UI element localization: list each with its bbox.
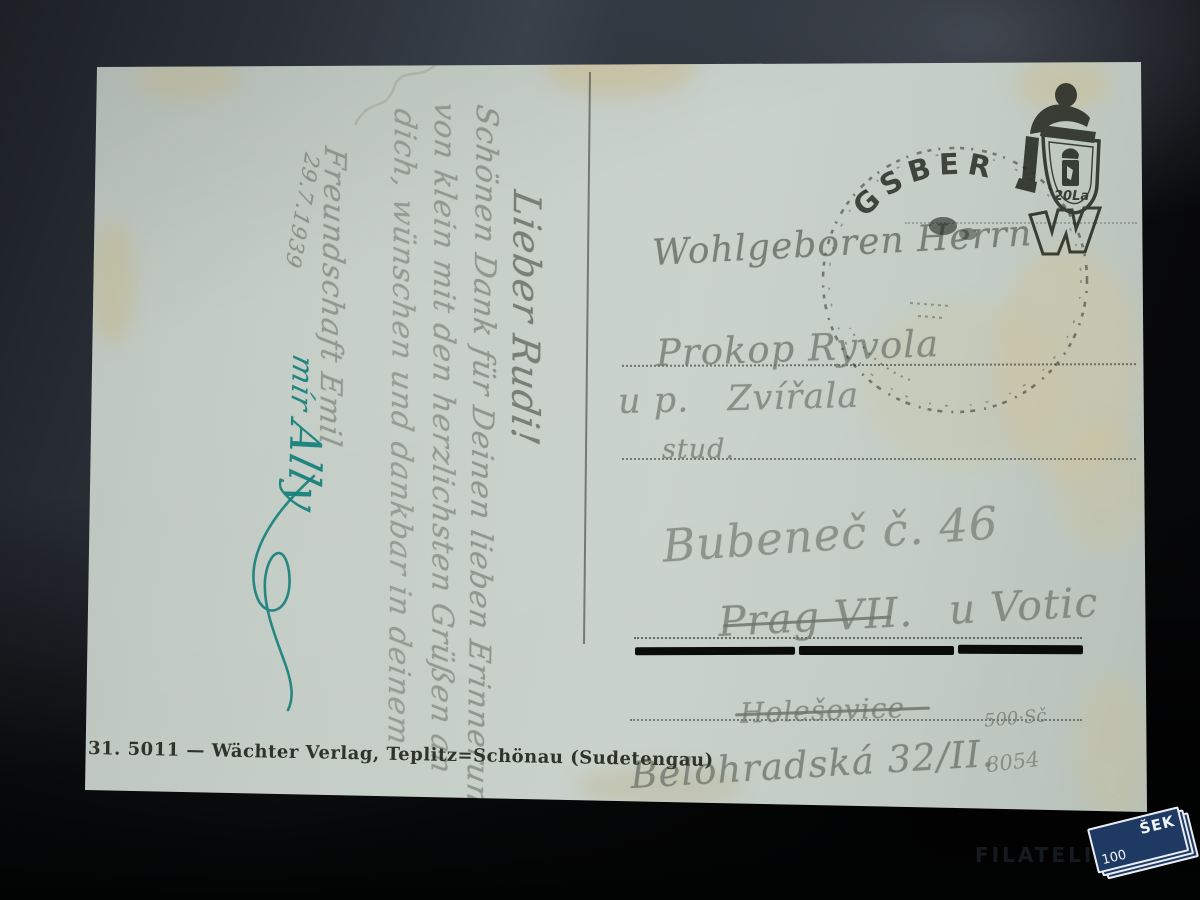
photo-of-postcard-back: Lieber Rudi! Schönen Dank für Deinen lie… [0, 0, 1200, 900]
message-line: von klein mit den herzlichsten Grüßen an [426, 100, 459, 777]
emblem-shield-text: 20La [1054, 189, 1089, 204]
logo-value-text: 100 [1100, 848, 1128, 869]
city-new: u Votic [948, 578, 1100, 634]
signature-small: mír [283, 351, 320, 415]
sek-watermark-logo: ŠEK 100 [1087, 805, 1199, 889]
pencil-smudge [345, 55, 445, 145]
message-line: Schönen Dank für Deinen lieben Erinnerun… [461, 102, 501, 827]
postmark-letters: GSBER [846, 147, 1001, 224]
logo-brand-text: ŠEK [1138, 812, 1177, 838]
message-line: dich, wünschen und dankbar in deinem [382, 106, 419, 747]
publisher-emblem: 20La [1012, 82, 1116, 262]
stain [90, 220, 135, 345]
dealer-price-note: 500·Sč [983, 705, 1047, 731]
message-salutation: Lieber Rudi! [506, 188, 546, 449]
postcard: Lieber Rudi! Schönen Dank für Deinen lie… [0, 0, 1200, 900]
stain [545, 38, 695, 96]
stain [135, 58, 240, 100]
message-address-divider-line [583, 72, 591, 644]
care-of-prefix: u p. [618, 380, 690, 422]
svg-text:GSBER: GSBER [846, 147, 1001, 224]
address-city-line: Prag VII. u Votic [717, 582, 1099, 643]
black-marker-bar [958, 645, 1083, 654]
stain [1075, 675, 1150, 820]
black-marker-bar [635, 647, 795, 656]
black-marker-bar [799, 646, 954, 655]
dealer-code-note: 8054 [985, 747, 1041, 777]
signature-flourish [218, 468, 338, 713]
address-occupation: stud. [662, 436, 735, 463]
logo-card-front: ŠEK 100 [1087, 806, 1189, 873]
address-street1: Bubeneč č. 46 [661, 500, 1000, 568]
